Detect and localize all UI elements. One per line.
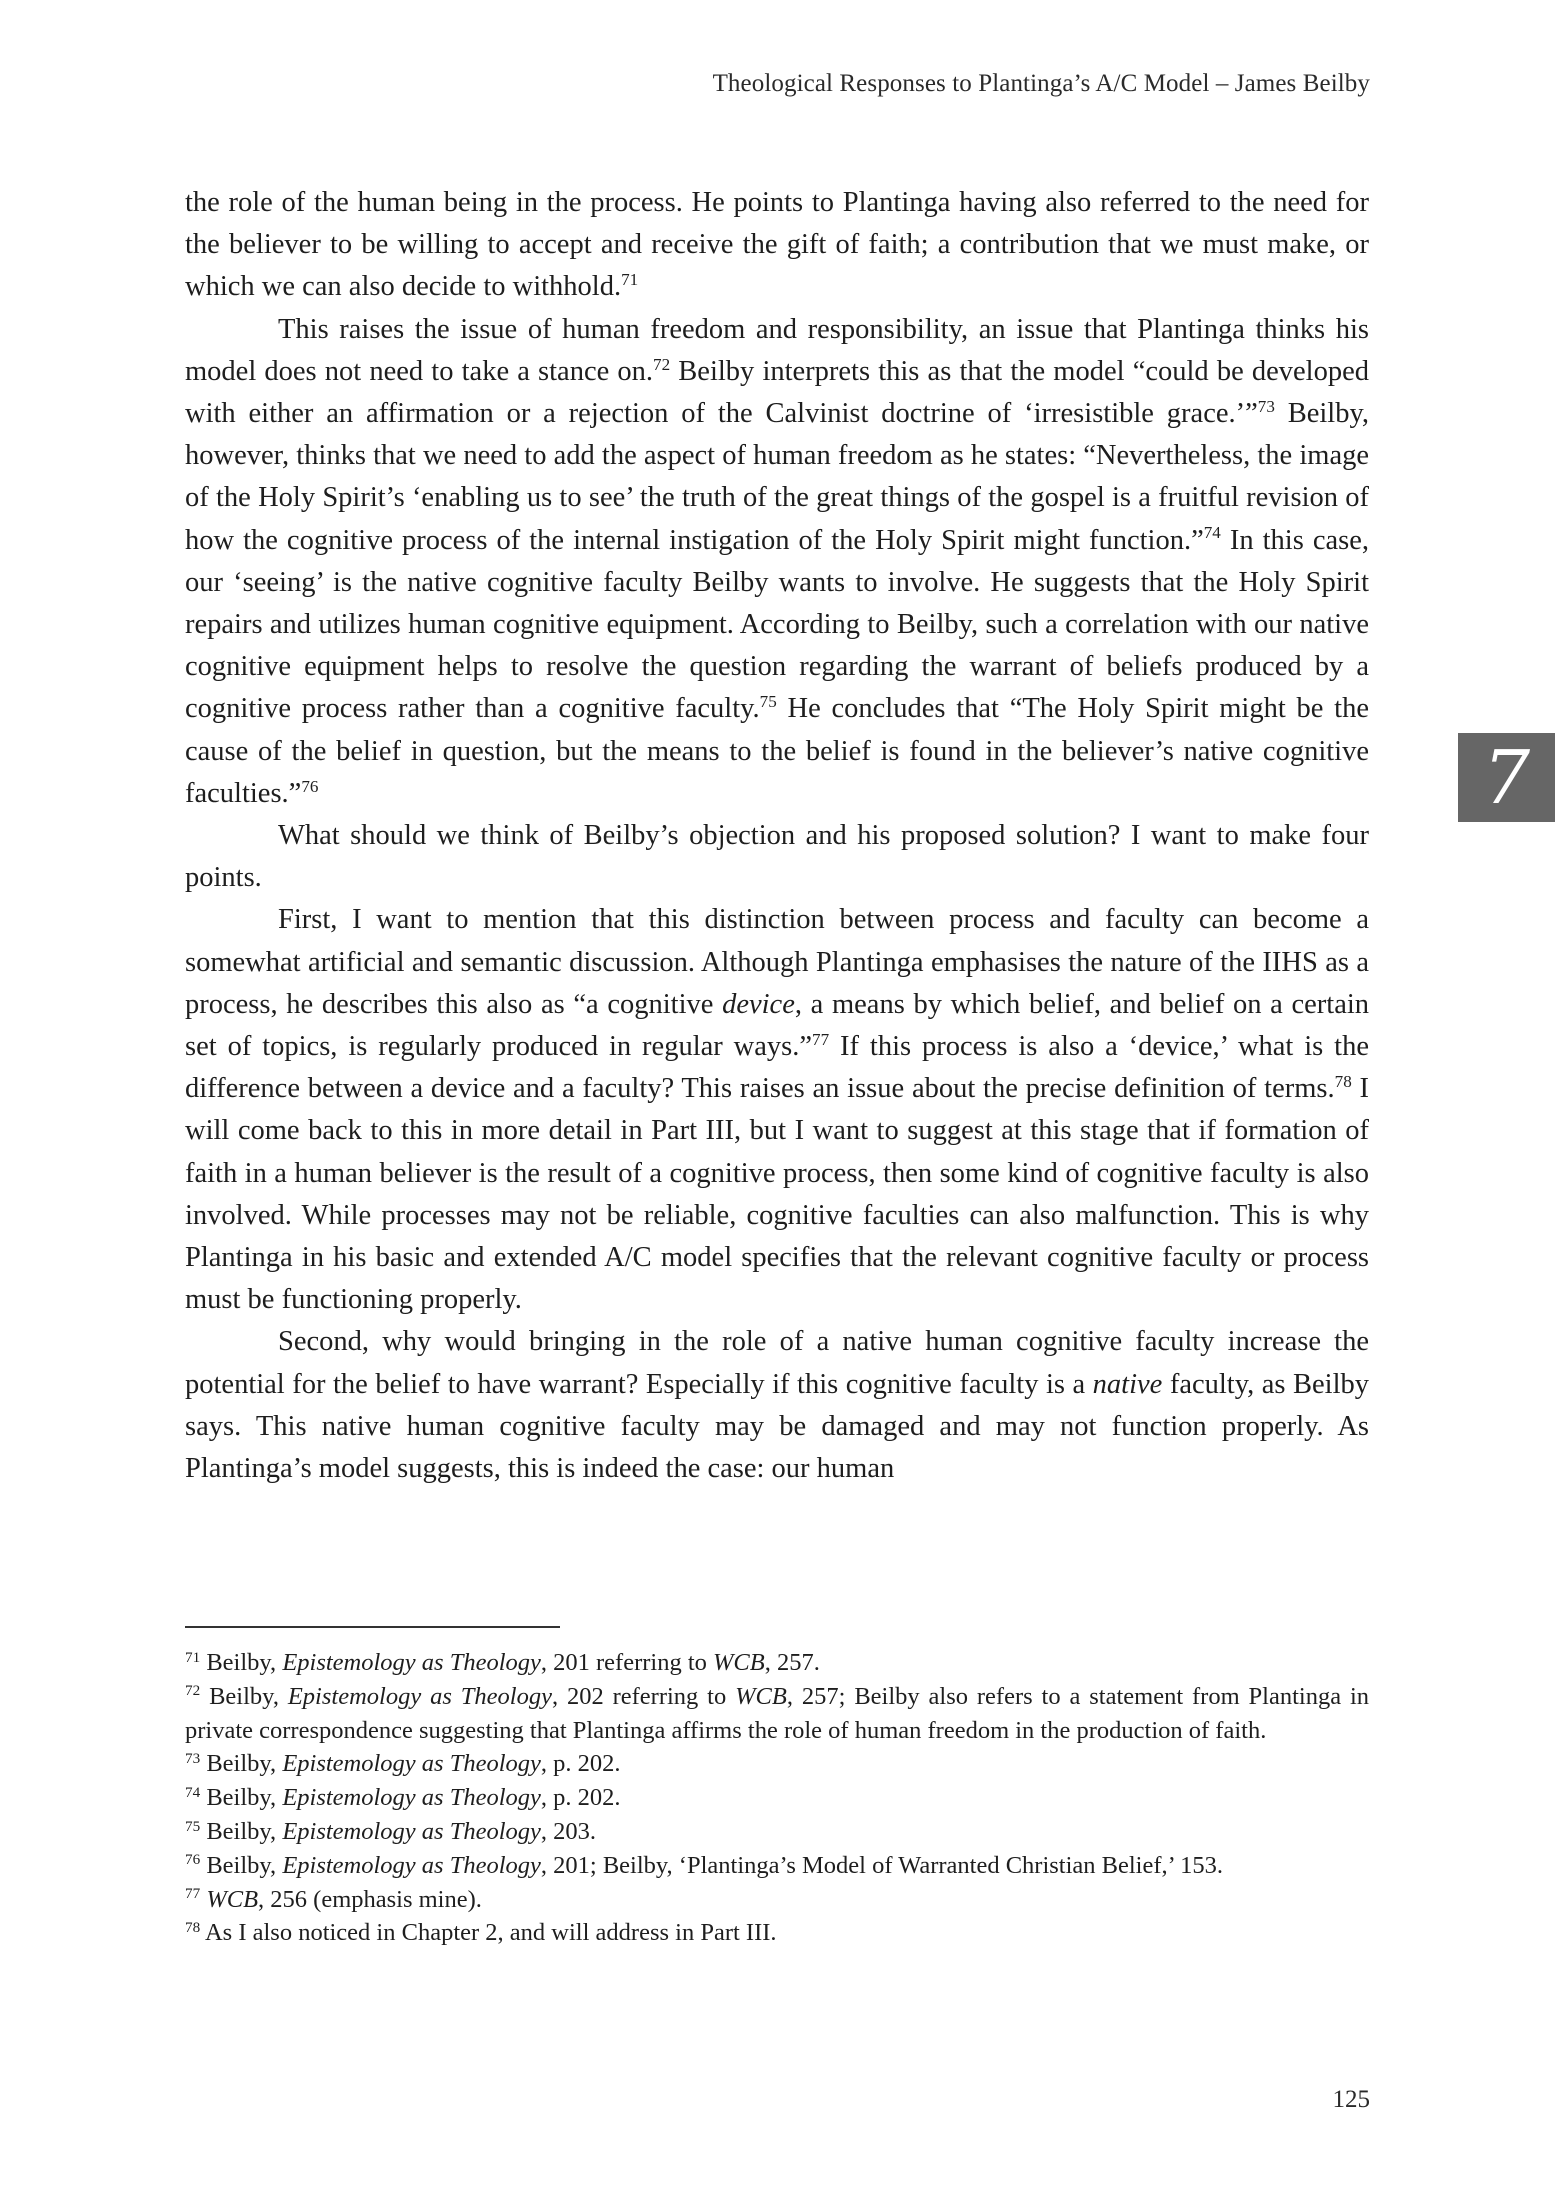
footnote-reference: 71 [621,270,638,289]
footnote-number: 72 [185,1682,200,1699]
footnote-reference: 73 [1258,397,1275,416]
footnote-item: 76 Beilby, Epistemology as Theology, 201… [185,1849,1369,1883]
italic-text: Epistemology as Theology [282,1649,541,1676]
footnote-reference: 76 [301,777,318,796]
footnote-reference: 77 [812,1030,829,1049]
italic-text: Epistemology as Theology [282,1852,541,1879]
footnote-reference: 78 [1335,1072,1352,1091]
footnote-item: 71 Beilby, Epistemology as Theology, 201… [185,1646,1369,1680]
footnote-number: 76 [185,1851,200,1868]
italic-text: device [722,989,795,1020]
footnote-reference: 75 [760,692,777,711]
footnote-number: 71 [185,1649,200,1666]
body-paragraph: What should we think of Beilby’s objecti… [185,815,1369,899]
footnote-number: 78 [185,1919,200,1936]
footnote-reference: 74 [1204,523,1221,542]
footnote-item: 74 Beilby, Epistemology as Theology, p. … [185,1781,1369,1815]
chapter-number: 7 [1483,741,1530,815]
italic-text: Epistemology as Theology [282,1750,541,1777]
footnote-divider [185,1626,560,1628]
footnote-item: 77 WCB, 256 (emphasis mine). [185,1883,1369,1917]
running-header: Theological Responses to Plantinga’s A/C… [713,70,1370,98]
chapter-tab: 7 [1458,733,1555,822]
italic-text: WCB [735,1683,787,1710]
body-text: the role of the human being in the proce… [185,182,1369,1490]
italic-text: native [1093,1369,1163,1400]
footnote-reference: 72 [653,355,670,374]
footnotes: 71 Beilby, Epistemology as Theology, 201… [185,1646,1369,1950]
footnote-number: 73 [185,1750,200,1767]
body-paragraph: Second, why would bringing in the role o… [185,1321,1369,1490]
footnote-number: 74 [185,1784,200,1801]
body-paragraph: First, I want to mention that this disti… [185,899,1369,1321]
footnote-item: 73 Beilby, Epistemology as Theology, p. … [185,1747,1369,1781]
body-paragraph: This raises the issue of human freedom a… [185,309,1369,815]
italic-text: Epistemology as Theology [288,1683,552,1710]
footnote-item: 78 As I also noticed in Chapter 2, and w… [185,1916,1369,1950]
italic-text: Epistemology as Theology [282,1818,541,1845]
italic-text: WCB [206,1886,258,1913]
footnote-item: 75 Beilby, Epistemology as Theology, 203… [185,1815,1369,1849]
italic-text: WCB [713,1649,765,1676]
footnote-number: 77 [185,1885,200,1902]
footnote-item: 72 Beilby, Epistemology as Theology, 202… [185,1680,1369,1748]
body-paragraph: the role of the human being in the proce… [185,182,1369,309]
italic-text: Epistemology as Theology [282,1784,541,1811]
page-number: 125 [1333,2086,1371,2114]
footnote-number: 75 [185,1818,200,1835]
